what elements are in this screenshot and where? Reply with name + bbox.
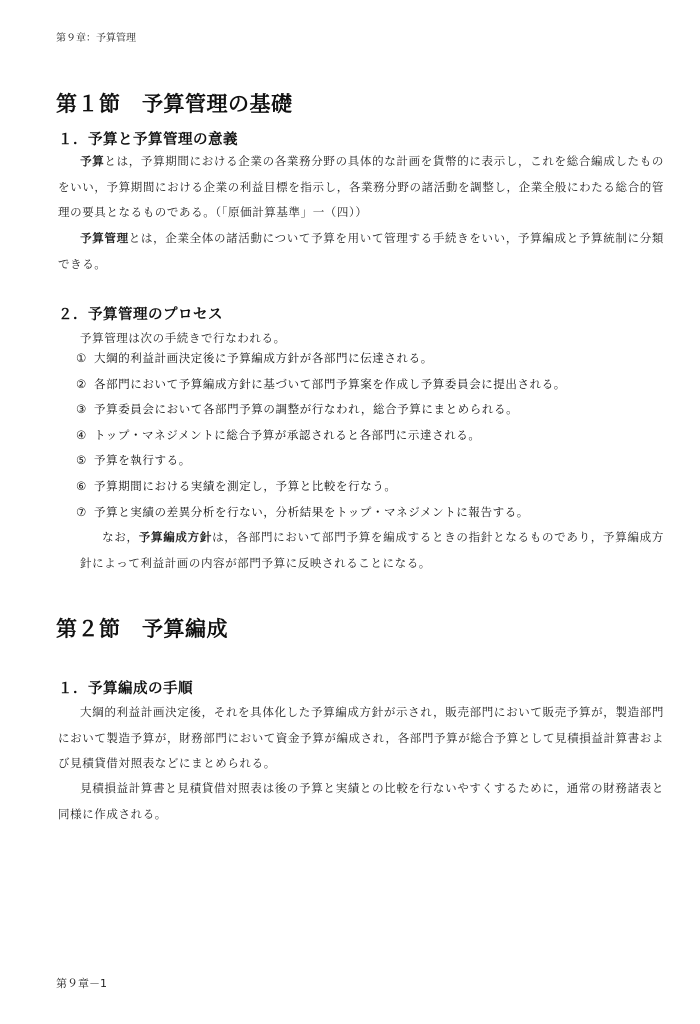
subsection-2-1-title: １．予算編成の手順 bbox=[58, 677, 193, 698]
process-intro: 予算管理は次の手続きで行なわれる。 bbox=[80, 330, 286, 346]
process-step: ①大綱的利益計画決定後に予算編成方針が各部門に伝達される。 bbox=[76, 350, 566, 376]
budget-statements-note: 見積損益計算書と見積貸借対照表は後の予算と実績との比較を行ないやすくするために，… bbox=[58, 776, 664, 827]
definition-budget: 予算とは，予算期間における企業の各業務分野の具体的な計画を貨幣的に表示し，これを… bbox=[58, 149, 664, 226]
section-2-title: 第２節 予算編成 bbox=[56, 613, 228, 643]
document-page: 第９章：予算管理 第１節 予算管理の基礎 １．予算と予算管理の意義 予算とは，予… bbox=[0, 0, 700, 1024]
term-budget-policy: 予算編成方針 bbox=[139, 530, 212, 544]
process-step: ⑥予算期間における実績を測定し，予算と比較を行なう。 bbox=[76, 478, 566, 504]
subsection-1-1-title: １．予算と予算管理の意義 bbox=[58, 128, 238, 149]
section-1-title: 第１節 予算管理の基礎 bbox=[56, 88, 293, 118]
process-step: ④トップ・マネジメントに総合予算が承認されると各部門に示達される。 bbox=[76, 427, 566, 453]
page-footer: 第９章－1 bbox=[56, 975, 107, 991]
process-steps-list: ①大綱的利益計画決定後に予算編成方針が各部門に伝達される。 ②各部門において予算… bbox=[76, 350, 566, 529]
running-header: 第９章：予算管理 bbox=[56, 29, 136, 44]
budget-policy-note: なお，予算編成方針は，各部門において部門予算を編成するときの指針となるものであり… bbox=[80, 525, 664, 576]
budget-compilation-procedure: 大綱的利益計画決定後，それを具体化した予算編成方針が示され，販売部門において販売… bbox=[58, 700, 664, 777]
process-step: ②各部門において予算編成方針に基づいて部門予算案を作成し予算委員会に提出される。 bbox=[76, 376, 566, 402]
process-step: ③予算委員会において各部門予算の調整が行なわれ，総合予算にまとめられる。 bbox=[76, 401, 566, 427]
term-budget: 予算 bbox=[80, 154, 104, 168]
term-budget-management: 予算管理 bbox=[80, 231, 129, 245]
subsection-1-2-title: ２．予算管理のプロセス bbox=[58, 303, 223, 324]
definition-budget-management: 予算管理とは，企業全体の諸活動について予算を用いて管理する手続きをいい，予算編成… bbox=[58, 226, 664, 277]
process-step: ⑤予算を執行する。 bbox=[76, 452, 566, 478]
